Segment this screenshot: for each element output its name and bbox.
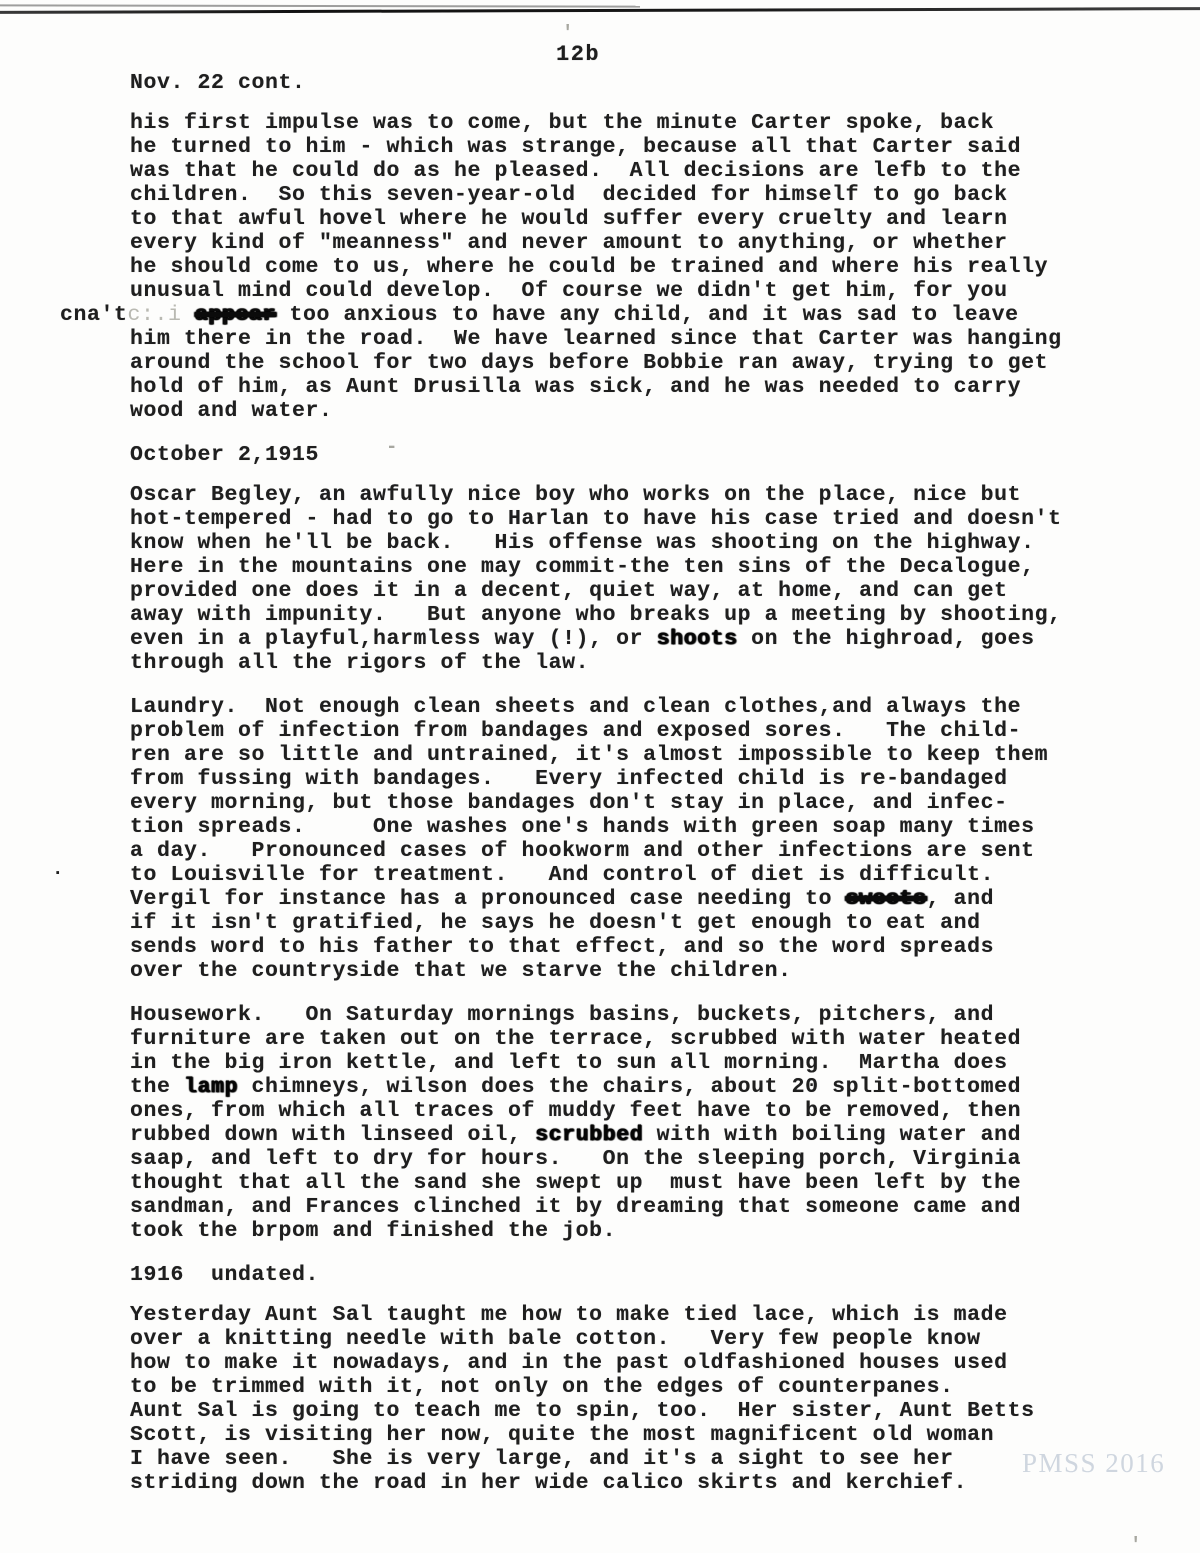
text-line: sandman, and Frances clinched it by drea… [130, 1195, 1140, 1219]
text-line: every morning, but those bandages don't … [130, 791, 1140, 815]
paragraph: Yesterday Aunt Sal taught me how to make… [130, 1303, 1140, 1495]
text-segment: too anxious to have any child, and it wa… [276, 303, 1019, 327]
text-segment: cna't [60, 303, 128, 327]
scan-edge-line-secondary [0, 4, 640, 7]
text-line: Aunt Sal is going to teach me to spin, t… [130, 1399, 1140, 1423]
text-line: thought that all the sand she swept up m… [130, 1171, 1140, 1195]
page-number: 12b [556, 42, 600, 67]
text-line: cna'tc:.i appear too anxious to have any… [60, 303, 1140, 327]
text-line: through all the rigors of the law. [130, 651, 1140, 675]
text-line: furniture are taken out on the terrace, … [130, 1027, 1140, 1051]
text-line: him there in the road. We have learned s… [130, 327, 1140, 351]
text-segment: the [130, 1075, 184, 1099]
text-line: a day. Pronounced cases of hookworm and … [130, 839, 1140, 863]
text-line: hot-tempered - had to go to Harlan to ha… [130, 507, 1140, 531]
typescript-body: Nov. 22 cont.his first impulse was to co… [130, 66, 1140, 1515]
text-line: he turned to him - which was strange, be… [130, 135, 1140, 159]
text-line: Scott, is visiting her now, quite the mo… [130, 1423, 1140, 1447]
struck-out-word: sweets [846, 887, 927, 911]
text-line: sends word to his father to that effect,… [130, 935, 1140, 959]
text-line: from fussing with bandages. Every infect… [130, 767, 1140, 791]
scan-artifact: . [52, 858, 63, 880]
text-segment: even in a playful,harmless way (!), or [130, 627, 657, 651]
section-heading: October 2,1915 [130, 443, 1140, 467]
text-line: if it isn't gratified, he says he doesn'… [130, 911, 1140, 935]
text-segment: with with boiling water and [643, 1123, 1021, 1147]
text-line: unusual mind could develop. Of course we… [130, 279, 1140, 303]
text-line: Laundry. Not enough clean sheets and cle… [130, 695, 1140, 719]
scan-artifact: ' [1130, 1534, 1141, 1553]
text-line: Vergil for instance has a pronounced cas… [130, 887, 1140, 911]
paragraph: his first impulse was to come, but the m… [130, 111, 1140, 423]
text-line: around the school for two days before Bo… [130, 351, 1140, 375]
text-line: saap, and left to dry for hours. On the … [130, 1147, 1140, 1171]
watermark: PMSS 2016 [1022, 1448, 1165, 1479]
text-line: rubbed down with linseed oil, scrubbed w… [130, 1123, 1140, 1147]
overinked-word: shoots [657, 627, 738, 651]
overinked-word: scrubbed [535, 1123, 643, 1147]
text-line: every kind of "meanness" and never amoun… [130, 231, 1140, 255]
text-line: provided one does it in a decent, quiet … [130, 579, 1140, 603]
overinked-word: lamp [184, 1075, 238, 1099]
text-line: I have seen. She is very large, and it's… [130, 1447, 1140, 1471]
faded-text: c:.i [128, 303, 196, 327]
text-line: to that awful hovel where he would suffe… [130, 207, 1140, 231]
text-line: ones, from which all traces of muddy fee… [130, 1099, 1140, 1123]
paragraph: Laundry. Not enough clean sheets and cle… [130, 695, 1140, 983]
scan-edge-line [0, 7, 1200, 14]
text-line: striding down the road in her wide calic… [130, 1471, 1140, 1495]
text-line: Housework. On Saturday mornings basins, … [130, 1003, 1140, 1027]
text-line: over a knitting needle with bale cotton.… [130, 1327, 1140, 1351]
text-line: problem of infection from bandages and e… [130, 719, 1140, 743]
text-line: was that he could do as he pleased. All … [130, 159, 1140, 183]
text-line: Oscar Begley, an awfully nice boy who wo… [130, 483, 1140, 507]
text-line: in the big iron kettle, and left to sun … [130, 1051, 1140, 1075]
text-line: tion spreads. One washes one's hands wit… [130, 815, 1140, 839]
text-line: to Louisville for treatment. And control… [130, 863, 1140, 887]
text-line: over the countryside that we starve the … [130, 959, 1140, 983]
text-line: his first impulse was to come, but the m… [130, 111, 1140, 135]
text-line: Yesterday Aunt Sal taught me how to make… [130, 1303, 1140, 1327]
text-line: know when he'll be back. His offense was… [130, 531, 1140, 555]
text-segment: on the highroad, goes [738, 627, 1035, 651]
text-line: ren are so little and untrained, it's al… [130, 743, 1140, 767]
text-line: took the brpom and finished the job. [130, 1219, 1140, 1243]
text-line: how to make it nowadays, and in the past… [130, 1351, 1140, 1375]
text-line: he should come to us, where he could be … [130, 255, 1140, 279]
paragraph: Oscar Begley, an awfully nice boy who wo… [130, 483, 1140, 675]
section-heading: 1916 undated. [130, 1263, 1140, 1287]
text-segment: chimneys, wilson does the chairs, about … [238, 1075, 1021, 1099]
text-line: Here in the mountains one may commit-the… [130, 555, 1140, 579]
text-segment: rubbed down with linseed oil, [130, 1123, 535, 1147]
scan-artifact: - [386, 436, 397, 458]
section-heading: Nov. 22 cont. [130, 71, 1140, 95]
struck-out-word: appear [195, 303, 276, 327]
scan-artifact: ' [562, 22, 573, 44]
text-line: wood and water. [130, 399, 1140, 423]
text-line: the lamp chimneys, wilson does the chair… [130, 1075, 1140, 1099]
text-segment: Vergil for instance has a pronounced cas… [130, 887, 846, 911]
text-segment: , and [927, 887, 995, 911]
text-line: even in a playful,harmless way (!), or s… [130, 627, 1140, 651]
scanned-typescript-page: 12b Nov. 22 cont.his first impulse was t… [0, 0, 1200, 1553]
paragraph: Housework. On Saturday mornings basins, … [130, 1003, 1140, 1243]
text-line: children. So this seven-year-old decided… [130, 183, 1140, 207]
text-line: to be trimmed with it, not only on the e… [130, 1375, 1140, 1399]
text-line: away with impunity. But anyone who break… [130, 603, 1140, 627]
text-line: hold of him, as Aunt Drusilla was sick, … [130, 375, 1140, 399]
